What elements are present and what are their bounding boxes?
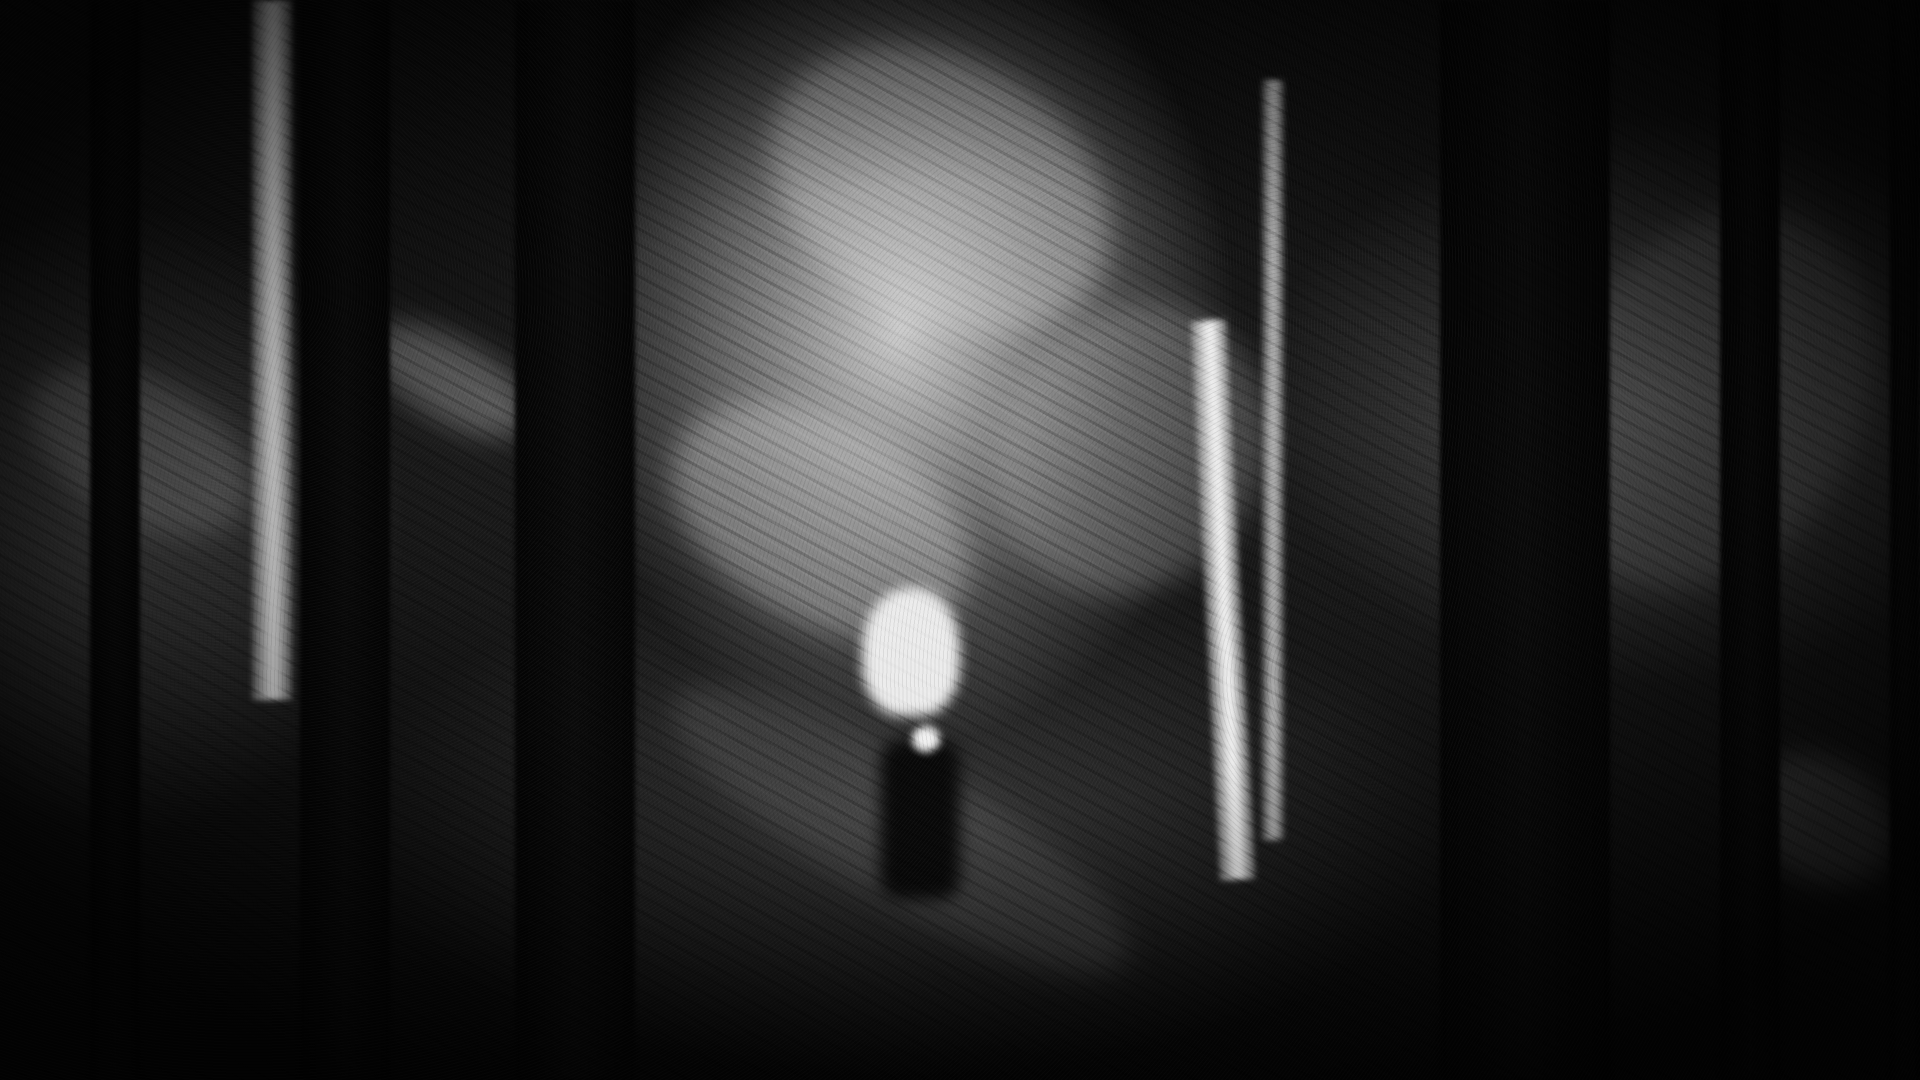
forest-photo <box>0 0 1920 1080</box>
motion-streaks <box>0 0 1920 1080</box>
